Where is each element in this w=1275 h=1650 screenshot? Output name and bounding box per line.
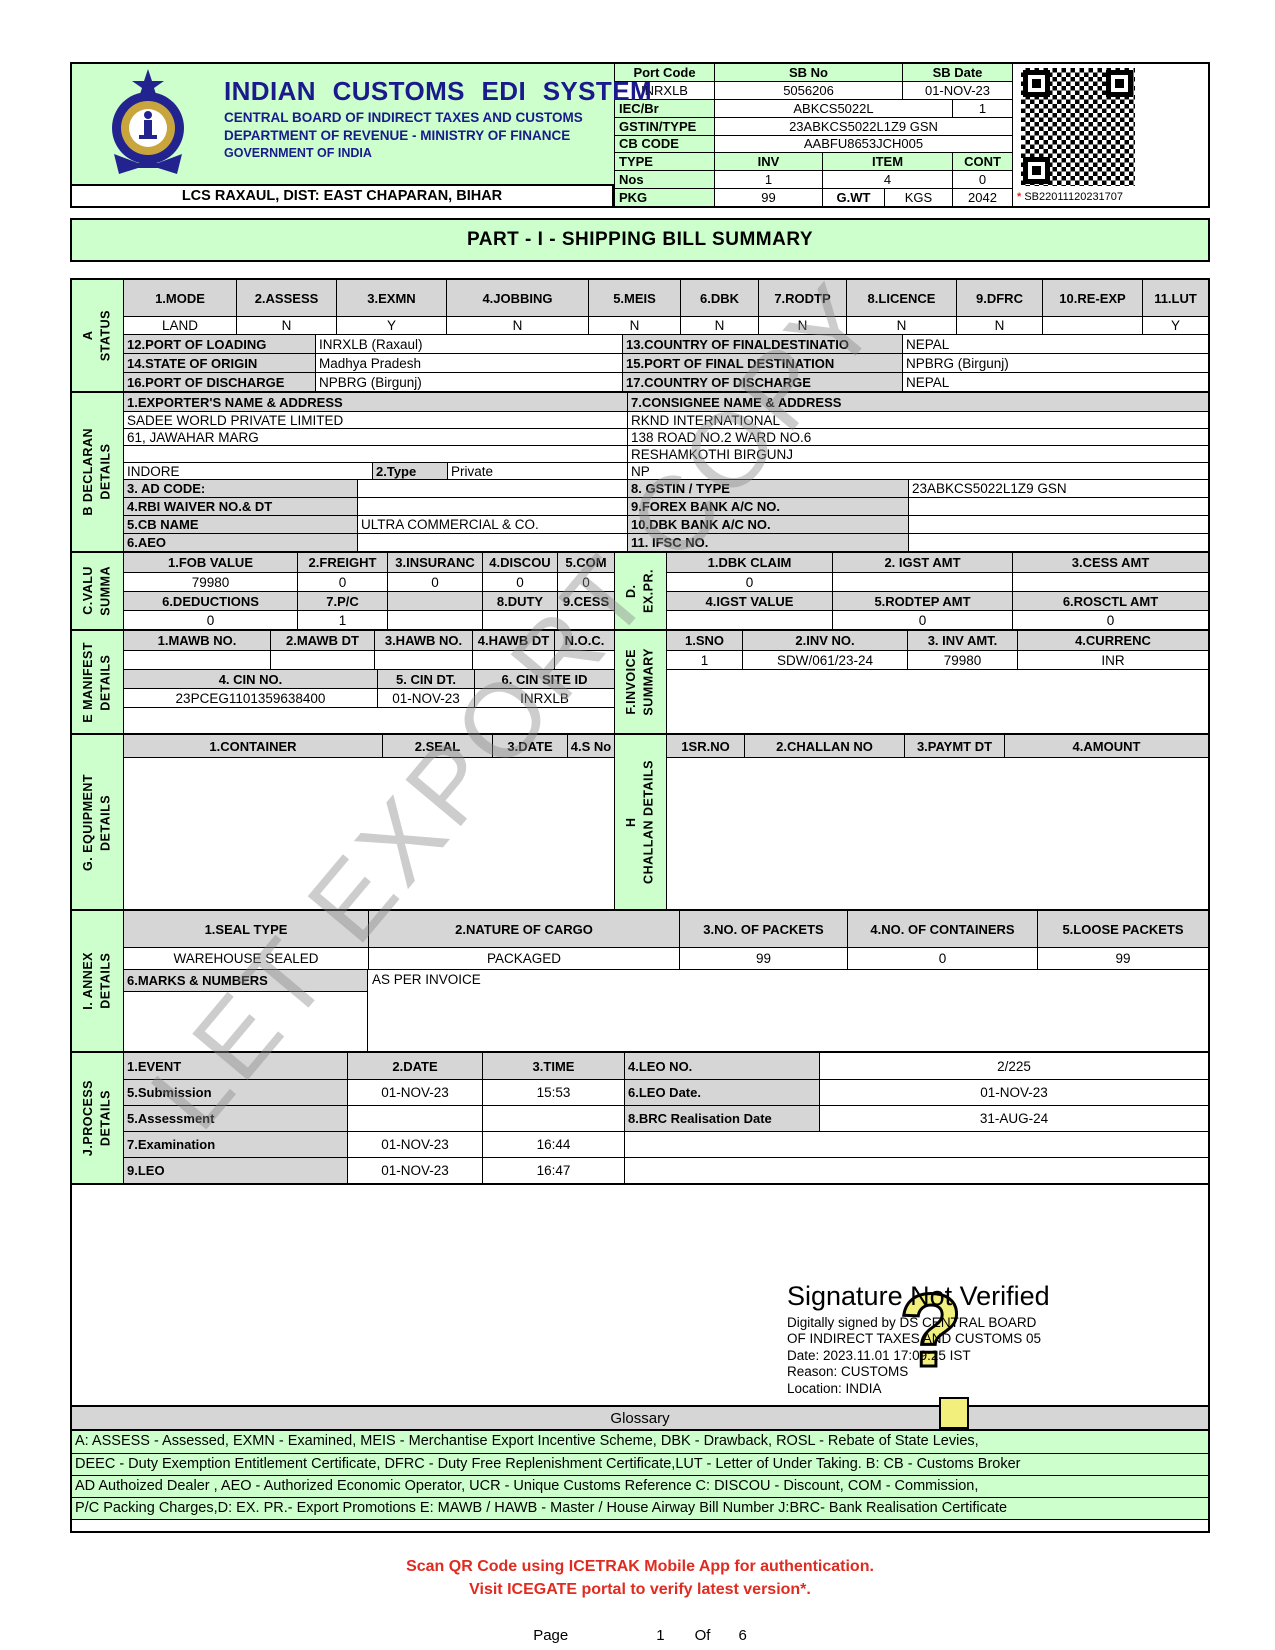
header-cell: 1.SEAL TYPE xyxy=(124,911,368,947)
qr-instruction-line: Scan QR Code using ICETRAK Mobile App fo… xyxy=(70,1555,1210,1578)
exporter-city-row: INDORE 2.Type Private xyxy=(124,462,627,479)
section-g-equipment-h-challan: G. EQUIPMENT DETAILS 1.CONTAINER 2.SEAL … xyxy=(72,733,1208,909)
header-cell: 3.CESS AMT xyxy=(1012,553,1208,572)
value-cell xyxy=(554,651,614,669)
value-cell: 0 xyxy=(1012,611,1208,629)
field-value: Madhya Pradesh xyxy=(315,354,622,372)
consignee-line: RKND INTERNATIONAL xyxy=(628,411,1208,428)
event-date: 01-NOV-23 xyxy=(347,1080,482,1105)
declarant-row: 11. IFSC NO. xyxy=(628,533,1208,551)
shipping-bill-page: INDIAN CUSTOMS EDI SYSTEM CENTRAL BOARD … xyxy=(70,62,1210,1644)
section-c-label: C.VALU SUMMA xyxy=(80,566,115,616)
value-cell xyxy=(387,611,482,629)
header-cell: 8.DUTY xyxy=(482,592,557,610)
signature-line: OF INDIRECT TAXES AND CUSTOMS 05 xyxy=(787,1331,1202,1347)
value-cell: INR xyxy=(1017,651,1208,669)
empty-area xyxy=(667,757,1208,909)
field-label: 17.COUNTRY OF DISCHARGE xyxy=(622,373,902,391)
field-label: 8. GSTIN / TYPE xyxy=(628,480,908,497)
header-cell: 4.HAWB DT xyxy=(472,631,554,650)
equipment-table: 1.CONTAINER 2.SEAL 3.DATE 4.S No xyxy=(124,735,614,909)
section-a-label: A STATUS xyxy=(80,310,115,361)
qr-instruction-line: Visit ICEGATE portal to verify latest ve… xyxy=(70,1578,1210,1601)
section-g-label: G. EQUIPMENT DETAILS xyxy=(80,774,115,871)
header-cell: 4.NO. OF CONTAINERS xyxy=(847,911,1037,947)
header-cell: 9.CESS xyxy=(557,592,614,610)
header-cell: 2.INV NO. xyxy=(742,631,907,650)
signature-status: Signature Not Verified xyxy=(787,1281,1202,1312)
customs-station-bar: LCS RAXAUL, DIST: EAST CHAPARAN, BIHAR xyxy=(70,184,614,208)
field-value xyxy=(357,498,627,515)
empty-area xyxy=(667,669,1208,733)
header-cell: 1.DBK CLAIM xyxy=(667,553,832,572)
value-cell: 0 xyxy=(482,573,557,591)
customs-emblem-logo xyxy=(98,68,198,189)
header-cell: 5.MEIS xyxy=(588,280,680,316)
value-cell: PACKAGED xyxy=(368,948,679,969)
header-cell: 4.IGST VALUE xyxy=(667,592,832,610)
field-value xyxy=(357,480,627,497)
qr-reference-number: SB22011120231707 xyxy=(1024,191,1123,203)
marks-and-numbers: 6.MARKS & NUMBERS AS PER INVOICE xyxy=(124,969,1208,1051)
header-cell: 2.SEAL xyxy=(382,735,492,757)
value-cell: 01-NOV-23 xyxy=(377,689,474,707)
process-row: 5.Submission 01-NOV-23 15:53 6.LEO Date.… xyxy=(124,1079,1208,1105)
value-cell: 0 xyxy=(667,573,832,591)
header-cell: 9.DFRC xyxy=(956,280,1042,316)
reference-table: Port Code SB No SB Date INRXLB 5056206 0… xyxy=(614,64,1012,206)
event-time: 16:47 xyxy=(482,1158,624,1183)
organization-titles: INDIAN CUSTOMS EDI SYSTEM CENTRAL BOARD … xyxy=(224,76,652,160)
gstin-row: GSTIN/TYPE 23ABKCS5022L1Z9 GSN xyxy=(615,118,1012,136)
status-header-row: 1.MODE 2.ASSESS 3.EXMN 4.JOBBING 5.MEIS … xyxy=(124,280,1208,316)
header-cell: 2.FREIGHT xyxy=(297,553,387,572)
value-cell: 0 xyxy=(124,611,297,629)
header-cell: 2.CHALLAN NO xyxy=(744,735,904,757)
page-number: 1 xyxy=(656,1627,664,1644)
glossary-line: DEEC - Duty Exemption Entitlement Certif… xyxy=(72,1453,1208,1475)
inv-count: 1 xyxy=(715,171,823,188)
cb-code-row: CB CODE AABFU8653JCH005 xyxy=(615,136,1012,154)
value-cell xyxy=(557,611,614,629)
value-cell: 99 xyxy=(1037,948,1208,969)
value-cell xyxy=(1042,317,1142,334)
header-cell: 4.CURRENC xyxy=(1017,631,1208,650)
value-cell: SDW/061/23-24 xyxy=(742,651,907,669)
value-cell: Y xyxy=(336,317,446,334)
header-cell: 4.AMOUNT xyxy=(1004,735,1208,757)
exporter-city: INDORE xyxy=(124,463,372,479)
exporter-line xyxy=(124,445,627,462)
value-cell: N xyxy=(236,317,336,334)
page-footer: Page 1 Of 6 xyxy=(70,1627,1210,1644)
header-cell: 7.P/C xyxy=(297,592,387,610)
field-value: 31-AUG-24 xyxy=(819,1106,1208,1131)
header-cell: 1.MODE xyxy=(124,280,236,316)
header-cell: 4.LEO NO. xyxy=(624,1053,819,1079)
event-time: 16:44 xyxy=(482,1132,624,1157)
marks-label: 6.MARKS & NUMBERS xyxy=(124,970,367,992)
glossary-title-band: Glossary xyxy=(72,1405,1208,1429)
process-header-row: 1.EVENT 2.DATE 3.TIME 4.LEO NO. 2/225 xyxy=(124,1053,1208,1079)
item-label: ITEM xyxy=(823,153,953,170)
field-value: ULTRA COMMERCIAL & CO. xyxy=(357,516,627,533)
cont-label: CONT xyxy=(953,153,1012,170)
value-cell: N xyxy=(846,317,956,334)
glossary-line: AD Authoized Dealer , AEO - Authorized E… xyxy=(72,1475,1208,1497)
asterisk-icon: * xyxy=(1017,191,1021,203)
signature-stamp-icon xyxy=(939,1397,969,1429)
header-cell: 1.SNO xyxy=(667,631,742,650)
part-title: PART - I - SHIPPING BILL SUMMARY xyxy=(70,218,1210,262)
consignee-line: RESHAMKOTHI BIRGUNJ xyxy=(628,445,1208,462)
value-cell xyxy=(832,573,1012,591)
field-value: 01-NOV-23 xyxy=(819,1080,1208,1105)
port-row: 12.PORT OF LOADING INRXLB (Raxaul) 13.CO… xyxy=(124,334,1208,353)
value-cell: N xyxy=(956,317,1042,334)
value-cell: 0 xyxy=(847,948,1037,969)
type-label: 2.Type xyxy=(372,463,447,479)
field-label: 14.STATE OF ORIGIN xyxy=(124,354,315,372)
value-cell xyxy=(1012,573,1208,591)
sb-no-label: SB No xyxy=(715,64,903,81)
field-label: 8.BRC Realisation Date xyxy=(624,1106,819,1131)
digital-signature-block: ? Signature Not Verified Digitally signe… xyxy=(787,1281,1202,1397)
signature-line: Reason: CUSTOMS xyxy=(787,1364,1202,1380)
header-cell: 3. INV AMT. xyxy=(907,631,1017,650)
signature-line: Digitally signed by DS CENTRAL BOARD xyxy=(787,1315,1202,1331)
main-table: A STATUS 1.MODE 2.ASSESS 3.EXMN 4.JOBBIN… xyxy=(70,278,1210,1533)
glossary-line: P/C Packing Charges,D: EX. PR.- Export P… xyxy=(72,1497,1208,1519)
empty-cell xyxy=(624,1132,1208,1157)
header-cell: 10.RE-EXP xyxy=(1042,280,1142,316)
value-cell: N xyxy=(680,317,758,334)
empty-area xyxy=(124,707,614,733)
field-label: 6.AEO xyxy=(124,534,357,551)
declarant-row: 8. GSTIN / TYPE 23ABKCS5022L1Z9 GSN xyxy=(628,479,1208,497)
section-f-label: F.INVOICE SUMMARY xyxy=(623,648,658,716)
empty-cell xyxy=(624,1158,1208,1183)
event-label: 7.Examination xyxy=(124,1132,347,1157)
header-cell: 3.PAYMT DT xyxy=(904,735,1004,757)
field-value xyxy=(908,516,1208,533)
glossary-title: Glossary xyxy=(72,1407,1208,1429)
ref-value-row: INRXLB 5056206 01-NOV-23 xyxy=(615,82,1012,100)
section-b-label: B DECLARAN DETAILS xyxy=(80,428,115,516)
header-left: INDIAN CUSTOMS EDI SYSTEM CENTRAL BOARD … xyxy=(72,64,614,206)
section-i-annex: I. ANNEX DETAILS 1.SEAL TYPE 2.NATURE OF… xyxy=(72,909,1208,1051)
glossary-line: A: ASSESS - Assessed, EXMN - Examined, M… xyxy=(72,1431,1208,1453)
value-summary-table: 1.FOB VALUE 2.FREIGHT 3.INSURANC 4.DISCO… xyxy=(124,553,614,629)
invoice-summary-table: 1.SNO 2.INV NO. 3. INV AMT. 4.CURRENC 1 … xyxy=(667,631,1208,733)
consignee-line: NP xyxy=(628,462,1208,479)
header-cell: 2.DATE xyxy=(347,1053,482,1079)
item-count: 4 xyxy=(823,171,953,188)
nos-label: Nos xyxy=(615,171,715,188)
type-value: Private xyxy=(447,463,627,479)
declarant-row: 5.CB NAME ULTRA COMMERCIAL & CO. xyxy=(124,515,627,533)
header-cell: 6.DBK xyxy=(680,280,758,316)
sb-date-label: SB Date xyxy=(903,64,1012,81)
gwt-label: G.WT xyxy=(823,189,885,206)
value-cell: 0 xyxy=(557,573,614,591)
pkg-count: 99 xyxy=(715,189,823,206)
value-cell xyxy=(472,651,554,669)
event-date: 01-NOV-23 xyxy=(347,1132,482,1157)
value-cell: 0 xyxy=(297,573,387,591)
header-cell: 5. CIN DT. xyxy=(377,670,474,688)
signature-area: ? Signature Not Verified Digitally signe… xyxy=(72,1183,1208,1405)
field-value xyxy=(908,498,1208,515)
field-label: 5.CB NAME xyxy=(124,516,357,533)
header-cell: 4. CIN NO. xyxy=(124,670,377,688)
header-cell: 1SR.NO xyxy=(667,735,744,757)
field-label: 10.DBK BANK A/C NO. xyxy=(628,516,908,533)
header-cell: 4.DISCOU xyxy=(482,553,557,572)
section-b-declarant: B DECLARAN DETAILS 1.EXPORTER'S NAME & A… xyxy=(72,391,1208,551)
qr-code xyxy=(1021,68,1135,186)
org-subtitle-3: GOVERNMENT OF INDIA xyxy=(224,146,652,160)
exporter-header: 1.EXPORTER'S NAME & ADDRESS xyxy=(124,393,627,411)
event-date: 01-NOV-23 xyxy=(347,1158,482,1183)
port-row: 14.STATE OF ORIGIN Madhya Pradesh 15.POR… xyxy=(124,353,1208,372)
header-cell: 6. CIN SITE ID xyxy=(474,670,614,688)
section-d-label: D. EX.PR. xyxy=(623,569,658,613)
inv-label: INV xyxy=(715,153,823,170)
annex-value-row: WAREHOUSE SEALED PACKAGED 99 0 99 xyxy=(124,947,1208,969)
weight-unit: KGS xyxy=(885,189,953,206)
empty-strip xyxy=(72,1519,1208,1531)
field-value: NEPAL xyxy=(902,373,1208,391)
exporter-line: 61, JAWAHAR MARG xyxy=(124,428,627,445)
field-label: 11. IFSC NO. xyxy=(628,534,908,551)
value-cell: 23PCEG1101359638400 xyxy=(124,689,377,707)
exporter-line: SADEE WORLD PRIVATE LIMITED xyxy=(124,411,627,428)
header-cell: 3.HAWB NO. xyxy=(374,631,472,650)
consignee-line: 138 ROAD NO.2 WARD NO.6 xyxy=(628,428,1208,445)
value-cell: 0 xyxy=(387,573,482,591)
declarant-row: 3. AD CODE: xyxy=(124,479,627,497)
qr-finder-icon xyxy=(1023,157,1050,184)
section-j-process: J.PROCESS DETAILS 1.EVENT 2.DATE 3.TIME … xyxy=(72,1051,1208,1183)
section-h-label: H CHALLAN DETAILS xyxy=(623,760,658,884)
field-label: 4.RBI WAIVER NO.& DT xyxy=(124,498,357,515)
annex-header-row: 1.SEAL TYPE 2.NATURE OF CARGO 3.NO. OF P… xyxy=(124,911,1208,947)
iec-value: ABKCS5022L xyxy=(715,100,953,117)
consignee-block: 7.CONSIGNEE NAME & ADDRESS RKND INTERNAT… xyxy=(627,393,1208,551)
value-cell: INRXLB xyxy=(474,689,614,707)
field-value: NPBRG (Birgunj) xyxy=(902,354,1208,372)
field-value xyxy=(908,534,1208,551)
value-cell: 79980 xyxy=(907,651,1017,669)
header-cell: 3.DATE xyxy=(492,735,567,757)
header-cell: 2.ASSESS xyxy=(236,280,336,316)
field-value xyxy=(357,534,627,551)
field-label: 15.PORT OF FINAL DESTINATION xyxy=(622,354,902,372)
value-cell: 0 xyxy=(832,611,1012,629)
header-cell: 2.NATURE OF CARGO xyxy=(368,911,679,947)
page-total: 6 xyxy=(738,1627,746,1644)
section-a-status: A STATUS 1.MODE 2.ASSESS 3.EXMN 4.JOBBIN… xyxy=(72,280,1208,391)
page-label: Page xyxy=(533,1627,568,1644)
signature-line: Date: 2023.11.01 17:09:25 IST xyxy=(787,1348,1202,1364)
qr-instructions: Scan QR Code using ICETRAK Mobile App fo… xyxy=(70,1555,1210,1601)
org-title: INDIAN CUSTOMS EDI SYSTEM xyxy=(224,76,652,107)
header-cell: 2. IGST AMT xyxy=(832,553,1012,572)
field-label: 12.PORT OF LOADING xyxy=(124,335,315,353)
process-row: 9.LEO 01-NOV-23 16:47 xyxy=(124,1157,1208,1183)
process-row: 7.Examination 01-NOV-23 16:44 xyxy=(124,1131,1208,1157)
leo-number: 2/225 xyxy=(819,1053,1208,1079)
header-cell: 7.RODTP xyxy=(758,280,846,316)
status-value-row: LAND N Y N N N N N N Y xyxy=(124,316,1208,334)
value-cell: N xyxy=(446,317,588,334)
value-cell: 79980 xyxy=(124,573,297,591)
cont-count: 0 xyxy=(953,171,1012,188)
header-cell: 8.LICENCE xyxy=(846,280,956,316)
field-value: 23ABKCS5022L1Z9 GSN xyxy=(908,480,1208,497)
header-cell: 1.EVENT xyxy=(124,1053,347,1079)
type-header-row: TYPE INV ITEM CONT xyxy=(615,153,1012,171)
field-label: 9.FOREX BANK A/C NO. xyxy=(628,498,908,515)
glossary-body: A: ASSESS - Assessed, EXMN - Examined, M… xyxy=(72,1429,1208,1531)
process-row: 5.Assessment 8.BRC Realisation Date 31-A… xyxy=(124,1105,1208,1131)
value-cell xyxy=(124,651,270,669)
org-subtitle-1: CENTRAL BOARD OF INDIRECT TAXES AND CUST… xyxy=(224,110,652,125)
export-promotion-table: 1.DBK CLAIM 2. IGST AMT 3.CESS AMT 0 4.I… xyxy=(667,553,1208,629)
declarant-row: 10.DBK BANK A/C NO. xyxy=(628,515,1208,533)
header-cell: 3.INSURANC xyxy=(387,553,482,572)
header-cell: 1.FOB VALUE xyxy=(124,553,297,572)
header-cell: 5.COM xyxy=(557,553,614,572)
header-cell: 5.RODTEP AMT xyxy=(832,592,1012,610)
event-label: 9.LEO xyxy=(124,1158,347,1183)
consignee-header: 7.CONSIGNEE NAME & ADDRESS xyxy=(628,393,1208,411)
field-value: INRXLB (Raxaul) xyxy=(315,335,622,353)
header-cell: 1.CONTAINER xyxy=(124,735,382,757)
document-header: INDIAN CUSTOMS EDI SYSTEM CENTRAL BOARD … xyxy=(70,62,1210,208)
empty-area xyxy=(124,757,614,909)
challan-table: 1SR.NO 2.CHALLAN NO 3.PAYMT DT 4.AMOUNT xyxy=(667,735,1208,909)
header-cell: 4.S No xyxy=(567,735,614,757)
gwt-value: 2042 xyxy=(953,189,1012,206)
nos-row: Nos 1 4 0 xyxy=(615,171,1012,189)
pkg-label: PKG xyxy=(615,189,715,206)
header-cell: 6.DEDUCTIONS xyxy=(124,592,297,610)
section-j-label: J.PROCESS DETAILS xyxy=(80,1080,115,1156)
event-time xyxy=(482,1106,624,1131)
ref-header-row: Port Code SB No SB Date xyxy=(615,64,1012,82)
field-label: 16.PORT OF DISCHARGE xyxy=(124,373,315,391)
manifest-table: 1.MAWB NO. 2.MAWB DT 3.HAWB NO. 4.HAWB D… xyxy=(124,631,614,733)
header-cell: 6.ROSCTL AMT xyxy=(1012,592,1208,610)
field-value: NEPAL xyxy=(902,335,1208,353)
value-cell: N xyxy=(758,317,846,334)
value-cell: Y xyxy=(1142,317,1208,334)
sb-date-value: 01-NOV-23 xyxy=(903,82,1012,99)
of-label: Of xyxy=(695,1627,711,1644)
exporter-block: 1.EXPORTER'S NAME & ADDRESS SADEE WORLD … xyxy=(124,393,627,551)
value-cell xyxy=(482,611,557,629)
value-cell: 99 xyxy=(679,948,847,969)
field-label: 13.COUNTRY OF FINALDESTINATIO xyxy=(622,335,902,353)
sb-no-value: 5056206 xyxy=(715,82,903,99)
declarant-row: 9.FOREX BANK A/C NO. xyxy=(628,497,1208,515)
section-e-manifest-f-invoice: E MANIFEST DETAILS 1.MAWB NO. 2.MAWB DT … xyxy=(72,629,1208,733)
gstin-value: 23ABKCS5022L1Z9 GSN xyxy=(715,118,1012,135)
value-cell xyxy=(270,651,374,669)
cb-code-value: AABFU8653JCH005 xyxy=(715,136,1012,153)
qr-finder-icon xyxy=(1023,70,1050,97)
field-label: 3. AD CODE: xyxy=(124,480,357,497)
header-cell: 3.EXMN xyxy=(336,280,446,316)
value-cell: 1 xyxy=(667,651,742,669)
value-cell: 1 xyxy=(297,611,387,629)
org-subtitle-2: DEPARTMENT OF REVENUE - MINISTRY OF FINA… xyxy=(224,128,652,143)
header-cell: 3.TIME xyxy=(482,1053,624,1079)
header-cell xyxy=(387,592,482,610)
header-cell: 3.NO. OF PACKETS xyxy=(679,911,847,947)
signature-line: Location: INDIA xyxy=(787,1381,1202,1397)
branch-value: 1 xyxy=(953,100,1012,117)
section-e-label: E MANIFEST DETAILS xyxy=(80,642,115,723)
pkg-row: PKG 99 G.WT KGS 2042 xyxy=(615,189,1012,206)
qr-reference: * SB22011120231707 xyxy=(1017,191,1123,203)
value-cell xyxy=(374,651,472,669)
header-cell: 4.JOBBING xyxy=(446,280,588,316)
section-c-value-d-expr: C.VALU SUMMA 1.FOB VALUE 2.FREIGHT 3.INS… xyxy=(72,551,1208,629)
field-label: 6.LEO Date. xyxy=(624,1080,819,1105)
qr-panel: * SB22011120231707 xyxy=(1012,64,1208,206)
declarant-row: 6.AEO xyxy=(124,533,627,551)
qr-finder-icon xyxy=(1106,70,1133,97)
marks-value: AS PER INVOICE xyxy=(368,970,1208,1051)
event-label: 5.Submission xyxy=(124,1080,347,1105)
value-cell: N xyxy=(588,317,680,334)
port-row: 16.PORT OF DISCHARGE NPBRG (Birgunj) 17.… xyxy=(124,372,1208,391)
header-cell: 2.MAWB DT xyxy=(270,631,374,650)
event-label: 5.Assessment xyxy=(124,1106,347,1131)
header-cell: 1.MAWB NO. xyxy=(124,631,270,650)
header-cell: 5.LOOSE PACKETS xyxy=(1037,911,1208,947)
value-cell xyxy=(667,611,832,629)
field-value: NPBRG (Birgunj) xyxy=(315,373,622,391)
value-cell: WAREHOUSE SEALED xyxy=(124,948,368,969)
declarant-row: 4.RBI WAIVER NO.& DT xyxy=(124,497,627,515)
header-cell: 11.LUT xyxy=(1142,280,1208,316)
event-date xyxy=(347,1106,482,1131)
event-time: 15:53 xyxy=(482,1080,624,1105)
iec-row: IEC/Br ABKCS5022L 1 xyxy=(615,100,1012,118)
header-cell: N.O.C. xyxy=(554,631,614,650)
section-i-label: I. ANNEX DETAILS xyxy=(80,952,115,1010)
value-cell: LAND xyxy=(124,317,236,334)
